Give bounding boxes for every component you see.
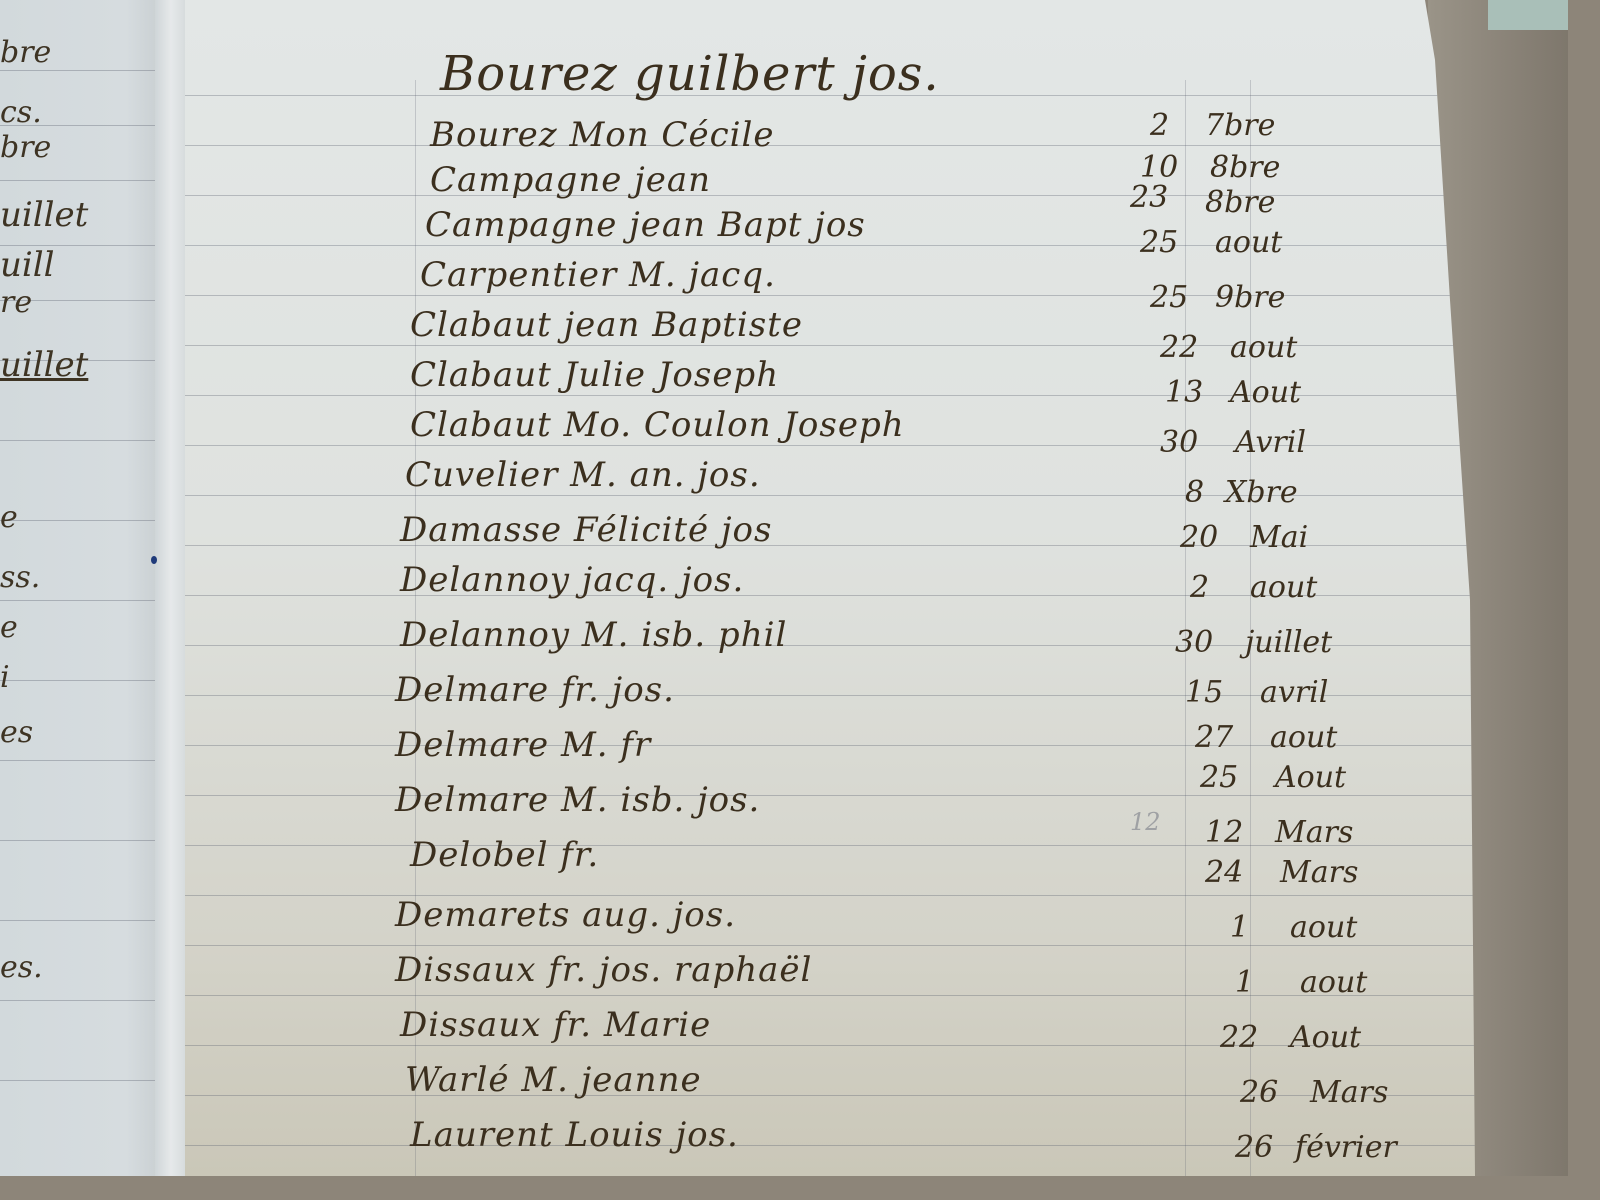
background-strip: [1488, 0, 1568, 30]
entry-month: 9bre: [1215, 280, 1285, 315]
entry-month: 8bre: [1205, 185, 1275, 220]
left-fragment-text: re: [0, 285, 32, 320]
left-page-fragment: bre cs. bre uillet uill re uillet e ss. …: [0, 0, 180, 1176]
entry-name: Carpentier M. jacq.: [420, 255, 776, 295]
entry-name: Cuvelier M. an. jos.: [405, 455, 761, 495]
entry-month: Mars: [1275, 815, 1353, 850]
entry-name: Delmare M. fr: [395, 725, 651, 765]
entry-month: aout: [1290, 910, 1357, 945]
entry-day: 1: [1235, 965, 1254, 1000]
entry-day: 8: [1185, 475, 1204, 510]
entry-name: Warlé M. jeanne: [405, 1060, 702, 1100]
entry-month: Aout: [1290, 1020, 1361, 1055]
entry-day: 22: [1160, 330, 1198, 365]
entry-name: Clabaut Julie Joseph: [410, 355, 779, 395]
entry-day: 30: [1175, 625, 1213, 660]
entry-name: Delobel fr.: [410, 835, 599, 875]
left-fragment-text: es: [0, 715, 33, 750]
entry-name: Bourez guilbert jos.: [440, 46, 940, 102]
entry-month: Mars: [1310, 1075, 1388, 1110]
entry-day: 22: [1220, 1020, 1258, 1055]
entry-day: 26: [1240, 1075, 1278, 1110]
entry-name: Dissaux fr. Marie: [400, 1005, 711, 1045]
entry-month: Xbre: [1225, 475, 1298, 510]
entry-day: 26: [1235, 1130, 1273, 1165]
entry-month: 8bre: [1210, 150, 1280, 185]
entry-name: Delannoy M. isb. phil: [400, 615, 787, 655]
entry-day: 12: [1205, 815, 1243, 850]
entry-name: Demarets aug. jos.: [395, 895, 736, 935]
left-fragment-text: e: [0, 500, 18, 535]
entry-name: Campagne jean Bapt jos: [425, 205, 866, 245]
entry-day: 13: [1165, 375, 1203, 410]
entry-day: 23: [1130, 180, 1168, 215]
left-fragment-text: uillet: [0, 345, 88, 385]
register-entry: Delobel fr. 25 Aout: [185, 835, 1435, 887]
left-fragment-text: uill: [0, 245, 55, 285]
left-fragment-text: bre: [0, 130, 51, 165]
left-fragment-text: es.: [0, 950, 43, 985]
entry-day: 25: [1200, 760, 1238, 795]
entry-name: Campagne jean: [430, 160, 711, 200]
register-entry: Delmare fr. jos. 30 juillet: [185, 670, 1435, 722]
entry-month: juillet: [1245, 625, 1332, 660]
entry-month: avril: [1260, 675, 1328, 710]
entry-name: Delmare fr. jos.: [395, 670, 675, 710]
entry-month: Mai: [1250, 520, 1308, 555]
entry-day: 1: [1230, 910, 1249, 945]
entry-month: Avril: [1235, 425, 1306, 460]
entry-month: février: [1295, 1130, 1397, 1165]
entry-month: Aout: [1275, 760, 1346, 795]
register-entry: Damasse Félicité jos 8 Xbre: [185, 510, 1435, 562]
register-page: 12 Bourez guilbert jos. 2 7bre Bourez Mo…: [185, 0, 1475, 1176]
register-entry: Delmare M. isb. jos. 27 aout: [185, 780, 1435, 832]
ink-spot: [151, 556, 157, 564]
entry-day: 25: [1140, 225, 1178, 260]
register-entry: Delannoy jacq. jos. 20 Mai: [185, 560, 1435, 612]
entry-month: aout: [1215, 225, 1282, 260]
entry-day: 30: [1160, 425, 1198, 460]
register-entry: Delmare M. fr 15 avril: [185, 725, 1435, 777]
entry-name: Clabaut Mo. Coulon Joseph: [410, 405, 905, 445]
entry-name: Delmare M. isb. jos.: [395, 780, 760, 820]
entry-month: aout: [1230, 330, 1297, 365]
entry-month: aout: [1250, 570, 1317, 605]
entry-month: aout: [1270, 720, 1337, 755]
left-fragment-text: bre: [0, 35, 51, 70]
entry-name: Damasse Félicité jos: [400, 510, 772, 550]
left-fragment-text: ss.: [0, 560, 40, 595]
left-fragment-text: uillet: [0, 195, 88, 235]
entry-name: Bourez Mon Cécile: [430, 115, 774, 155]
entry-name: Clabaut jean Baptiste: [410, 305, 803, 345]
entry-month: Aout: [1230, 375, 1301, 410]
left-fragment-text: e: [0, 610, 18, 645]
entry-day: 20: [1180, 520, 1218, 555]
entry-day: 25: [1150, 280, 1188, 315]
entry-day: 27: [1195, 720, 1233, 755]
entry-day: 2: [1190, 570, 1209, 605]
left-fragment-text: cs.: [0, 95, 42, 130]
entry-day: 24: [1205, 855, 1243, 890]
left-fragment-text: i: [0, 660, 10, 695]
entry-month: aout: [1300, 965, 1367, 1000]
entry-name: Dissaux fr. jos. raphaël: [395, 950, 812, 990]
register-entry: 26 Mars 26 février: [185, 1130, 1435, 1176]
entry-month: Mars: [1280, 855, 1358, 890]
entry-name: Delannoy jacq. jos.: [400, 560, 744, 600]
entry-day: 15: [1185, 675, 1223, 710]
register-entry: Bourez guilbert jos. 2 7bre: [185, 58, 1435, 110]
